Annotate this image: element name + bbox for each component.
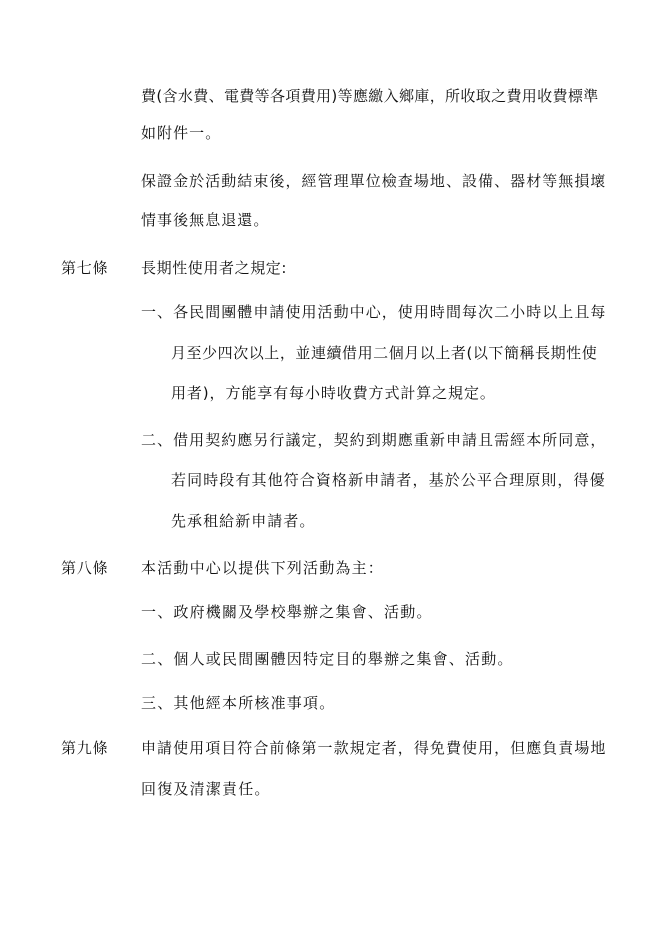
paragraph-line: 保證金於活動結束後，經管理單位檢查場地、設備、器材等無損壞 (141, 172, 606, 190)
article-heading: 申請使用項目符合前條第一款規定者，得免費使用，但應負責場地 (141, 739, 606, 757)
article-heading: 本活動中心以提供下列活動為主： (141, 559, 384, 577)
list-item-line: 一、政府機關及學校舉辦之集會、活動。 (141, 603, 433, 621)
article-number: 第九條 (61, 739, 108, 757)
paragraph-line: 情事後無息退還。 (141, 211, 269, 229)
article-number: 第七條 (61, 259, 108, 277)
list-item-line: 二、借用契約應另行議定，契約到期應重新申請且需經本所同意， (141, 431, 606, 449)
list-item-line: 三、其他經本所核准事項。 (141, 694, 335, 712)
list-item-line: 用者)，方能享有每小時收費方式計算之規定。 (171, 384, 496, 402)
paragraph-line: 費(含水費、電費等各項費用)等應繳入鄉庫，所收取之費用收費標準 (141, 87, 599, 105)
article-heading: 長期性使用者之規定: (141, 259, 287, 277)
paragraph-line: 如附件一。 (141, 124, 221, 142)
list-item-line: 月至少四次以上，並連續借用二個月以上者(以下簡稱長期性使 (171, 344, 597, 362)
list-item-line: 二、個人或民間團體因特定目的舉辦之集會、活動。 (141, 650, 514, 668)
list-item-line: 先承租給新申請者。 (171, 512, 315, 530)
article-heading: 回復及清潔責任。 (141, 780, 271, 798)
list-item-line: 一、各民間團體申請使用活動中心，使用時間每次二小時以上且每 (141, 303, 606, 321)
list-item-line: 若同時段有其他符合資格新申請者，基於公平合理原則，得優 (171, 471, 606, 489)
document-page: 費(含水費、電費等各項費用)等應繳入鄉庫，所收取之費用收費標準 如附件一。 保證… (0, 0, 669, 941)
article-number: 第八條 (61, 559, 108, 577)
